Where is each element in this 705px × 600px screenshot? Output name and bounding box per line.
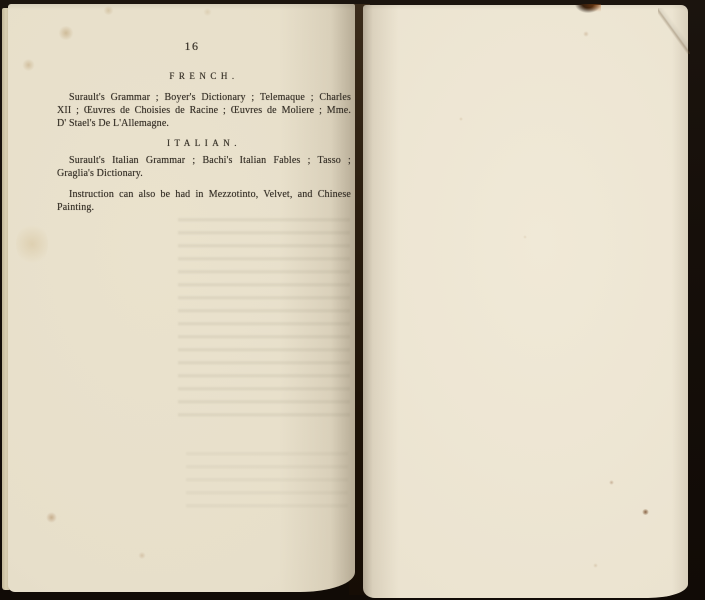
show-through-text bbox=[186, 452, 348, 510]
foxing-spot bbox=[203, 8, 212, 16]
paragraph-instruction-note: Instruction can also be had in Mezzotint… bbox=[57, 188, 351, 214]
foxing-spot bbox=[22, 59, 35, 71]
text-line: Surault's Italian Grammar ; Bachi's Ital… bbox=[57, 154, 351, 167]
text-line: XII ; Œuvres de Choisies de Racine ; Œuv… bbox=[57, 104, 351, 117]
foxing-spot bbox=[58, 26, 74, 40]
paragraph-french: Surault's Grammar ; Boyer's Dictionary ;… bbox=[57, 91, 351, 130]
foxing-spot bbox=[642, 509, 649, 515]
section-heading-italian: ITALIAN. bbox=[57, 139, 351, 148]
show-through-text bbox=[178, 218, 350, 423]
foxing-spot bbox=[138, 552, 146, 559]
foxing-stain bbox=[16, 222, 48, 266]
foxing-spot bbox=[103, 6, 114, 15]
edge-notch bbox=[575, 4, 601, 13]
text-line: Surault's Grammar ; Boyer's Dictionary ;… bbox=[57, 91, 351, 104]
right-page bbox=[363, 5, 688, 598]
foxing-spot bbox=[459, 117, 463, 121]
foxing-spot bbox=[593, 563, 598, 568]
left-page: 16 FRENCH. Surault's Grammar ; Boyer's D… bbox=[8, 4, 355, 592]
text-line: Instruction can also be had in Mezzotint… bbox=[57, 188, 351, 201]
foxing-spot bbox=[609, 480, 614, 485]
page-number: 16 bbox=[45, 40, 339, 53]
foxing-spot bbox=[46, 512, 57, 523]
section-heading-french: FRENCH. bbox=[57, 72, 351, 81]
text-line: Graglia's Dictionary. bbox=[57, 167, 351, 180]
left-page-text-block: 16 FRENCH. Surault's Grammar ; Boyer's D… bbox=[57, 40, 351, 214]
foxing-spot bbox=[583, 31, 589, 37]
corner-crease bbox=[658, 8, 690, 54]
text-line: Painting. bbox=[57, 201, 351, 214]
foxing-spot bbox=[523, 235, 527, 239]
paragraph-italian: Surault's Italian Grammar ; Bachi's Ital… bbox=[57, 154, 351, 180]
book-scan-background: 16 FRENCH. Surault's Grammar ; Boyer's D… bbox=[0, 0, 705, 600]
text-line: D' Stael's De L'Allemagne. bbox=[57, 117, 351, 130]
